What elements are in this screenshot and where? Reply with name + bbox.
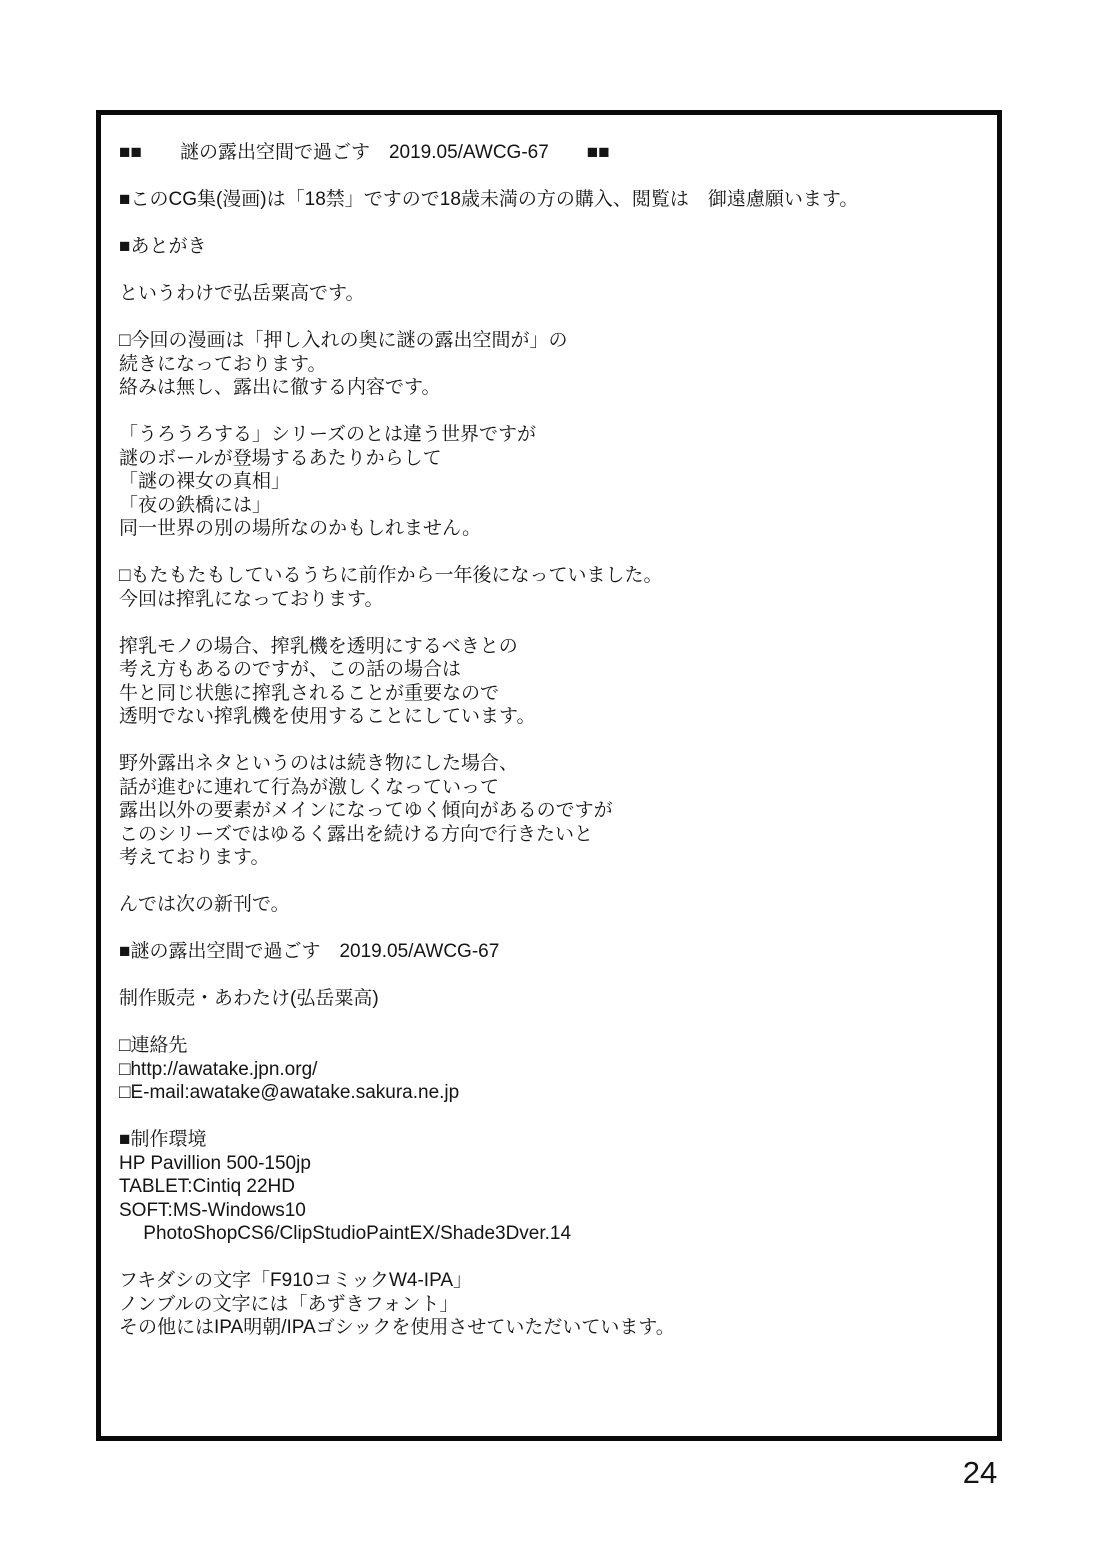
text-line: ■このCG集(漫画)は「18禁」ですので18歳未満の方の購入、閲覧は 御遠慮願い… [119, 188, 858, 212]
text-line [119, 611, 858, 635]
text-line: 「夜の鉄橋には」 [119, 494, 858, 518]
text-line [119, 917, 858, 941]
text-line: 考え方もあるのですが、この話の場合は [119, 658, 858, 682]
text-line [119, 729, 858, 753]
text-line [119, 541, 858, 565]
text-line: 透明でない搾乳機を使用することにしています。 [119, 705, 858, 729]
afterword-text-block: ■■ 謎の露出空間で過ごす 2019.05/AWCG-67 ■■■このCG集(漫… [119, 141, 858, 1340]
text-line: ■あとがき [119, 235, 858, 259]
text-line: PhotoShopCS6/ClipStudioPaintEX/Shade3Dve… [119, 1222, 858, 1246]
text-line: 野外露出ネタというのはは続き物にした場合、 [119, 752, 858, 776]
text-line [119, 870, 858, 894]
text-line [119, 165, 858, 189]
text-line: 「謎の裸女の真相」 [119, 470, 858, 494]
text-line: 牛と同じ状態に搾乳されることが重要なので [119, 682, 858, 706]
text-line: というわけで弘岳粟高です。 [119, 282, 858, 306]
text-line [119, 1246, 858, 1270]
text-line: 絡みは無し、露出に徹する内容です。 [119, 376, 858, 400]
text-line: ノンブルの文字には「あずきフォント」 [119, 1293, 858, 1317]
text-line [119, 964, 858, 988]
text-line: 話が進むに連れて行為が激しくなっていって [119, 776, 858, 800]
text-line: ■■ 謎の露出空間で過ごす 2019.05/AWCG-67 ■■ [119, 141, 858, 165]
text-line: 続きになっております。 [119, 353, 858, 377]
text-line: ■謎の露出空間で過ごす 2019.05/AWCG-67 [119, 940, 858, 964]
text-line: 謎のボールが登場するあたりからして [119, 447, 858, 471]
text-line: 「うろうろする」シリーズのとは違う世界ですが [119, 423, 858, 447]
text-line [119, 1011, 858, 1035]
text-line: 露出以外の要素がメインになってゆく傾向があるのですが [119, 799, 858, 823]
text-line: 今回は搾乳になっております。 [119, 588, 858, 612]
text-line: TABLET:Cintiq 22HD [119, 1175, 858, 1199]
text-line: □http://awatake.jpn.org/ [119, 1058, 858, 1082]
text-line [119, 1105, 858, 1129]
text-line: 搾乳モノの場合、搾乳機を透明にするべきとの [119, 635, 858, 659]
text-line: その他にはIPA明朝/IPAゴシックを使用させていただいています。 [119, 1316, 858, 1340]
text-line: □連絡先 [119, 1034, 858, 1058]
text-line: □今回の漫画は「押し入れの奥に謎の露出空間が」の [119, 329, 858, 353]
text-line: んでは次の新刊で。 [119, 893, 858, 917]
text-line: □E-mail:awatake@awatake.sakura.ne.jp [119, 1081, 858, 1105]
text-line: このシリーズではゆるく露出を続ける方向で行きたいと [119, 823, 858, 847]
text-line: フキダシの文字「F910コミックW4-IPA」 [119, 1269, 858, 1293]
text-line [119, 400, 858, 424]
text-line [119, 212, 858, 236]
text-line [119, 306, 858, 330]
text-line [119, 259, 858, 283]
text-line: ■制作環境 [119, 1128, 858, 1152]
page-number: 24 [955, 1455, 1005, 1491]
text-line: 同一世界の別の場所なのかもしれません。 [119, 517, 858, 541]
text-line: 制作販売・あわたけ(弘岳粟高) [119, 987, 858, 1011]
text-line: □もたもたもしているうちに前作から一年後になっていました。 [119, 564, 858, 588]
text-line: SOFT:MS-Windows10 [119, 1199, 858, 1223]
text-line: HP Pavillion 500-150jp [119, 1152, 858, 1176]
doujin-afterword-page: ■■ 謎の露出空間で過ごす 2019.05/AWCG-67 ■■■このCG集(漫… [0, 0, 1100, 1550]
page-border-frame: ■■ 謎の露出空間で過ごす 2019.05/AWCG-67 ■■■このCG集(漫… [96, 110, 1002, 1441]
text-line: 考えております。 [119, 846, 858, 870]
